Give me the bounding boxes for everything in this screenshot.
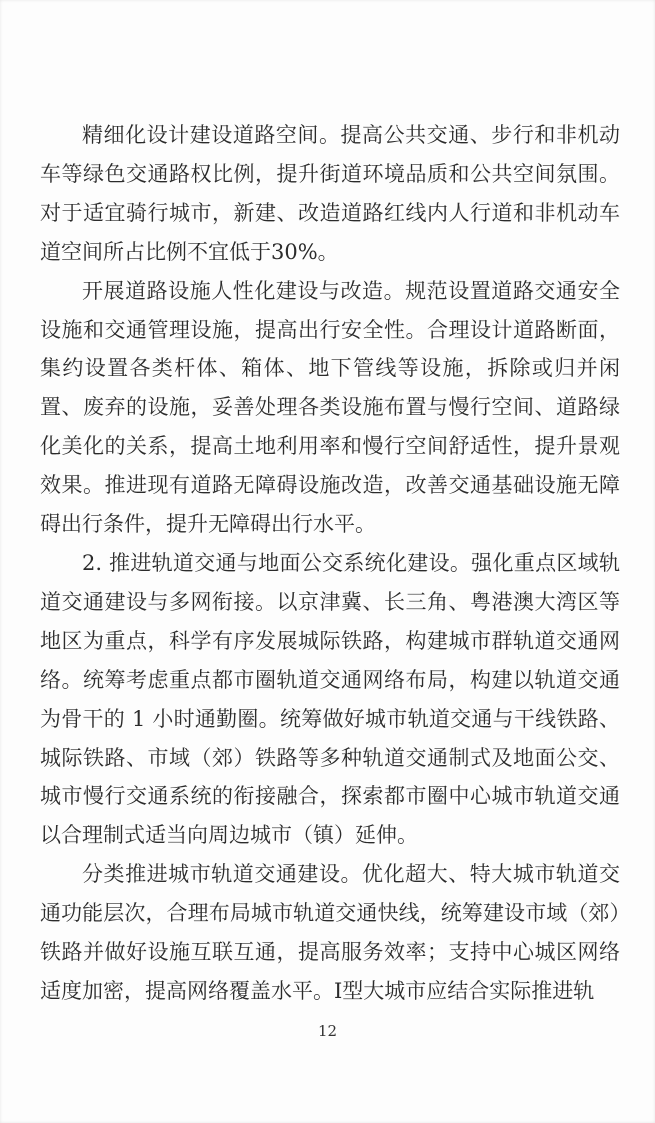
paragraph-urban-rail-classified-advance: 分类推进城市轨道交通建设。优化超大、特大城市轨道交通功能层次，合理布局城市轨道交… [40, 855, 620, 1011]
paragraph-road-facility-humanization: 开展道路设施人性化建设与改造。规范设置道路交通安全设施和交通管理设施，提高出行安… [40, 272, 620, 544]
document-page: 精细化设计建设道路空间。提高公共交通、步行和非机动车等绿色交通路权比例，提升街道… [0, 0, 655, 1123]
page-number: 12 [0, 1022, 655, 1040]
paragraph-rail-transit-bus-systematization: 2. 推进轨道交通与地面公交系统化建设。强化重点区域轨道交通建设与多网衔接。以京… [40, 544, 620, 855]
document-body: 精细化设计建设道路空间。提高公共交通、步行和非机动车等绿色交通路权比例，提升街道… [40, 116, 620, 1011]
paragraph-road-space-design: 精细化设计建设道路空间。提高公共交通、步行和非机动车等绿色交通路权比例，提升街道… [40, 116, 620, 272]
